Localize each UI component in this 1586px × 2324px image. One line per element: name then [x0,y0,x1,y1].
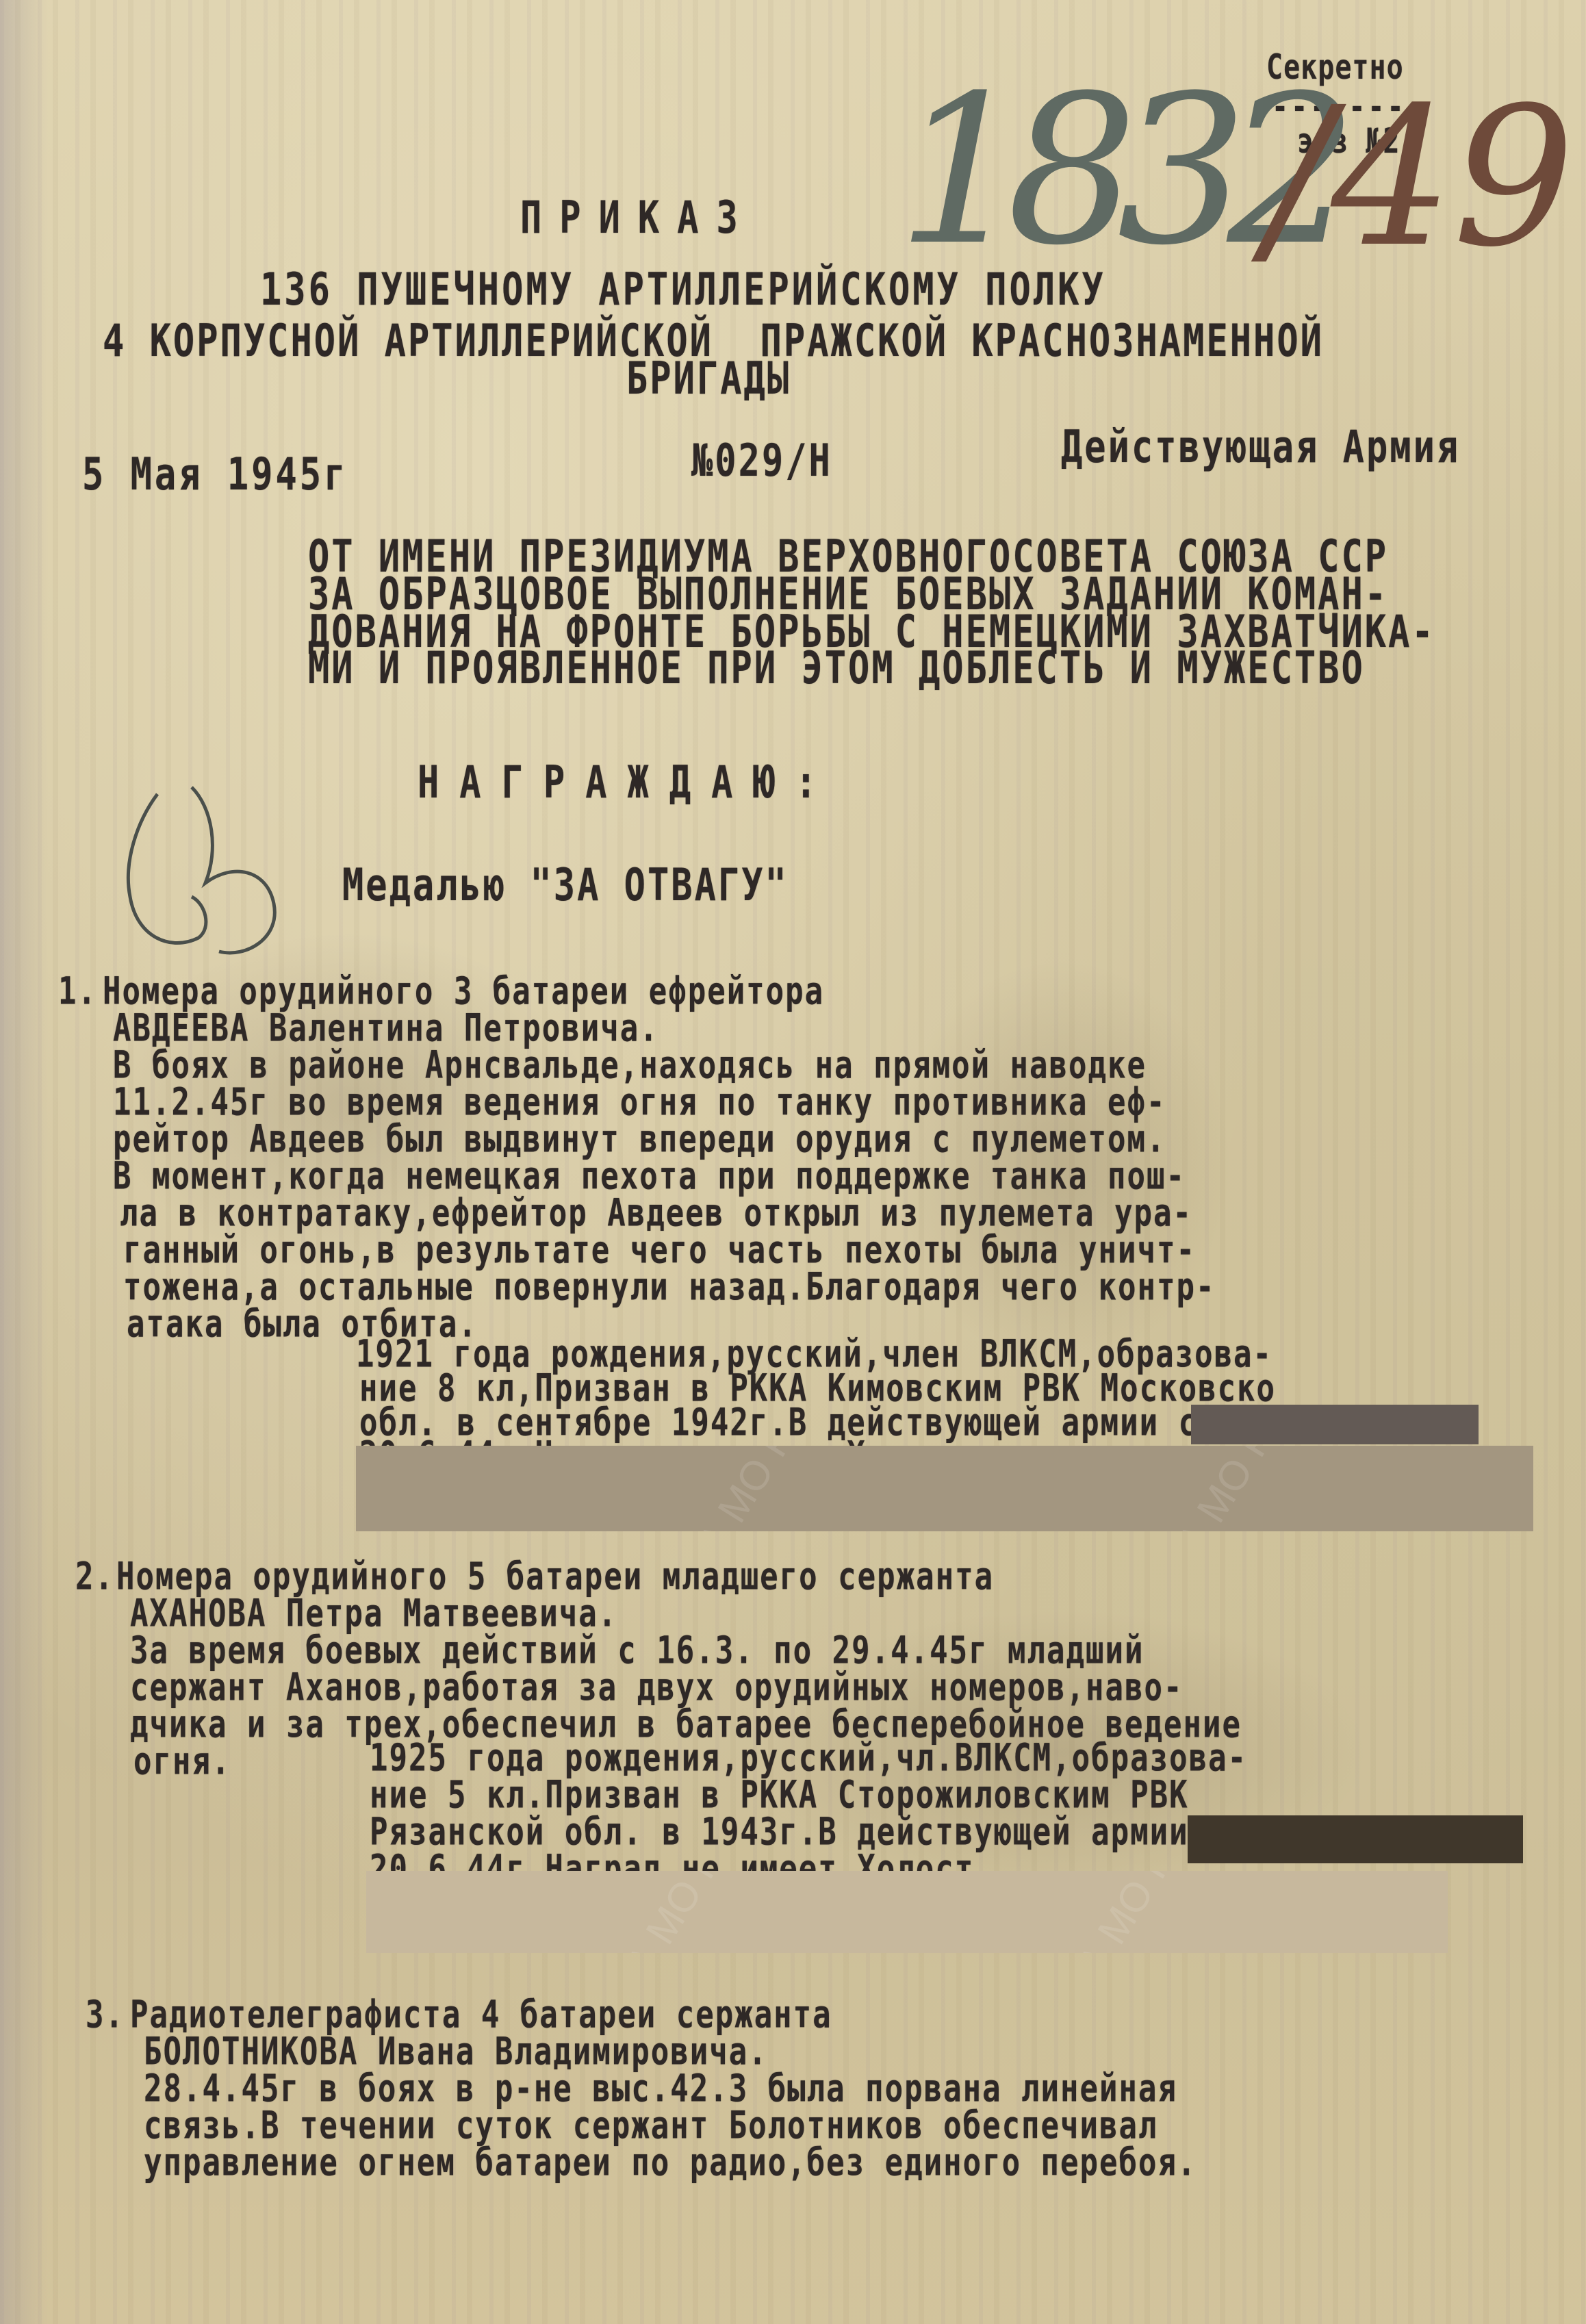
entry-line: ганный огонь,в результате чего часть пех… [123,1231,1196,1270]
bio-line: Рязанской обл. в 1943г.В действующей арм… [370,1813,1228,1852]
entry-line: сержант Аханов,работая за двух орудийных… [130,1668,1183,1708]
award-heading: НАГРАЖДАЮ: [418,763,837,803]
entry-line: ла в контратаку,ефрейтор Авдеев открыл и… [120,1194,1192,1234]
entry-line: Радиотелеграфиста 4 батареи сержанта [130,1995,832,2035]
entry-line: управление огнем батареи по радио,без ед… [144,2143,1197,2183]
watermark: ЦА МО РФ [672,1446,820,1531]
entry-line: За время боевых действий с 16.3. по 29.4… [130,1631,1144,1671]
redaction-block [1191,1405,1479,1444]
watermark: ЦА МО РФ [1051,1871,1200,1953]
bio-line: ние 5 кл.Призван в РККА Сторожиловским Р… [370,1776,1189,1815]
bio-line: 1925 года рождения,русский,чл.ВЛКСМ,обра… [370,1739,1247,1778]
redaction-block [1188,1815,1523,1863]
entry-line: огня. [133,1742,231,1782]
entry-number: 2. [75,1557,114,1597]
document-title: ПРИКАЗ [520,199,756,238]
entry-line: 28.4.45г в боях в р-не выс.42.3 была пор… [144,2069,1177,2109]
addressee-line-1: 136 ПУШЕЧНОМУ АРТИЛЛЕРИЙСКОМУ ПОЛКУ [260,270,1106,310]
entry-line: связь.В течении суток сержант Болотников… [144,2106,1158,2146]
entry-line: тожена,а остальные повернули назад.Благо… [123,1268,1215,1307]
addressee-line-3: БРИГАДЫ [626,359,791,399]
entry-line: Номера орудийного 5 батареи младшего сер… [116,1557,994,1597]
order-location: Действующая Армия [1061,428,1460,468]
order-number: №029/Н [691,442,832,481]
preamble-line: МИ И ПРОЯВЛЕННОЕ ПРИ ЭТОМ ДОБЛЕСТЬ И МУЖ… [308,649,1365,689]
entry-line: рейтор Авдеев был выдвинут впереди оруди… [113,1120,1166,1160]
watermark: ЦА МО РФ [1151,1446,1299,1531]
entry-line: Номера орудийного 3 батареи ефрейтора [103,972,824,1012]
redaction-block: ЦА МО РФ ЦА МО РФ [366,1871,1448,1953]
handwritten-annotation: /49 [1266,75,1575,281]
entry-line: АХАНОВА Петра Матвеевича. [130,1594,617,1634]
entry-line: БОЛОТНИКОВА Ивана Владимировича. [144,2032,768,2072]
redaction-block: ЦА МО РФ ЦА МО РФ [356,1446,1533,1531]
watermark: ЦА МО РФ [600,1871,748,1953]
entry-number: 3. [86,1995,125,2035]
entry-number: 1. [58,972,97,1012]
medal-name: Медалью "ЗА ОТВАГУ" [342,866,789,906]
entry-line: В момент,когда немецкая пехота при подде… [113,1157,1186,1197]
entry-line: В боях в районе Арнсвальде,находясь на п… [113,1046,1147,1086]
entry-line: 11.2.45г во время ведения огня по танку … [113,1083,1166,1123]
entry-line: АВДЕЕВА Валентина Петровича. [113,1009,659,1049]
paper-left-edge [0,0,48,2324]
order-date: 5 Мая 1945г [82,455,348,495]
